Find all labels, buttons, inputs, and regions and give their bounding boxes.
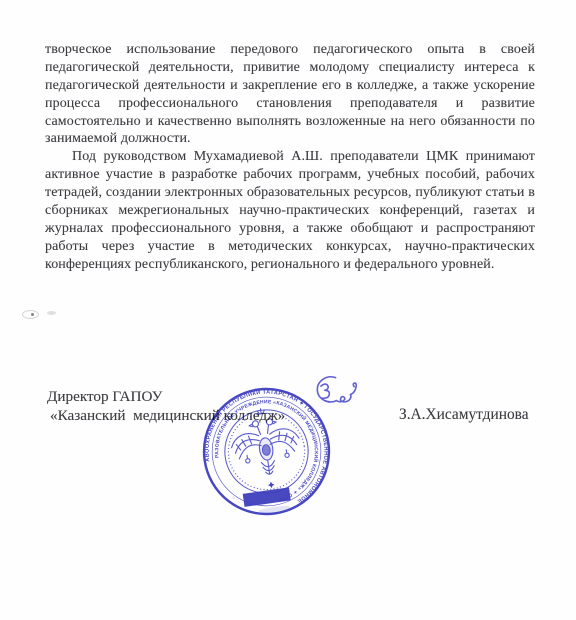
paragraph2-last-line: конференциях республиканского, региональ… <box>45 256 535 274</box>
paragraph1-line: педагогической деятельности и закреплени… <box>45 77 535 95</box>
director-title-line1: Директор ГАПОУ <box>47 388 162 406</box>
official-round-stamp: МИНИСТЕРСТВО ЗДРАВООХРАНЕНИЯ РЕСПУБЛИКИ … <box>202 387 331 516</box>
paragraph2-line: сборниках межрегиональных научно-практич… <box>45 202 535 220</box>
stamp-star-icon <box>268 481 275 488</box>
paragraph1-line: творческое использование передового педа… <box>45 41 535 59</box>
paragraph1-line: самостоятельно и качественно выполнять в… <box>45 113 535 131</box>
scan-speck-dot <box>31 313 34 316</box>
stamp-bottom-banner <box>243 487 291 507</box>
scan-speck <box>22 310 39 319</box>
paragraph2-line: Под руководством Мухамадиевой А.Ш. препо… <box>45 148 535 166</box>
scanned-document-page: творческое использование передового педа… <box>0 0 576 620</box>
paragraph1-line: процесса профессионального становления п… <box>45 95 535 113</box>
paragraph1-line: педагогической деятельности, привитие мо… <box>45 59 535 77</box>
paragraph2-line: журналах профессионального уровня, а так… <box>45 220 535 238</box>
double-headed-eagle-icon <box>227 404 304 479</box>
document-body-text: творческое использование передового педа… <box>45 41 535 274</box>
paragraph1-last-line: занимаемой должности. <box>45 130 535 148</box>
signer-name: З.А.Хисамутдинова <box>399 406 529 424</box>
paragraph2-line: тетрадей, создании электронных образоват… <box>45 184 535 202</box>
paragraph2-line: работы через участие в методических конк… <box>45 238 535 256</box>
scan-speck <box>47 311 56 315</box>
paragraph2-line: активное участие в разработке рабочих пр… <box>45 166 535 184</box>
